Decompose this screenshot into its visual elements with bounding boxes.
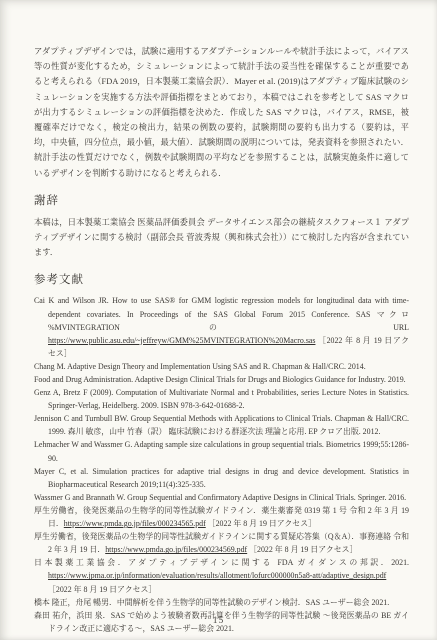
reference-item: Food and Drug Administration. Adaptive D… bbox=[34, 373, 409, 386]
reference-item: Mayer C, et al. Simulation practices for… bbox=[34, 465, 409, 491]
reference-list: Cai K and Wilson JR. How to use SAS® for… bbox=[34, 294, 409, 634]
page-content: アダプティブデザインでは，試験に適用するアダプテーションルールや統計手法によって… bbox=[34, 44, 409, 635]
reference-link[interactable]: https://www.pmda.go.jp/files/000234565.p… bbox=[64, 519, 206, 528]
references-heading: 参考文献 bbox=[34, 271, 409, 287]
reference-text: ［2022 年 8 月 19 日アクセス］ bbox=[247, 545, 357, 554]
reference-item: Cai K and Wilson JR. How to use SAS® for… bbox=[34, 294, 409, 359]
document-page: アダプティブデザインでは，試験に適用するアダプテーションルールや統計手法によって… bbox=[0, 0, 437, 640]
body-paragraph: アダプティブデザインでは，試験に適用するアダプテーションルールや統計手法によって… bbox=[34, 44, 409, 181]
reference-text: Cai K and Wilson JR. How to use SAS® for… bbox=[34, 296, 409, 331]
reference-link[interactable]: https://www.jpma.or.jp/information/evalu… bbox=[48, 571, 386, 580]
reference-text: Jennison C and Turnbull BW. Group Sequen… bbox=[34, 414, 409, 436]
reference-item: Lehmacher W and Wassmer G. Adapting samp… bbox=[34, 438, 409, 464]
reference-item: 厚生労働省，後発医薬品の生物学的同等性試験ガイドラインに関する質疑応答集（Q＆A… bbox=[34, 530, 409, 556]
acknowledgments-text: 本稿は，日本製薬工業協会 医薬品評価委員会 データサイエンス部会の継続タスクフォ… bbox=[34, 215, 409, 261]
reference-text: 日本製薬工業協会．アダプティブデザインに関する FDA ガイダンスの邦訳．202… bbox=[34, 558, 409, 567]
reference-item: 橋本 隆正，舟尾 暢男．中間解析を伴う生物学的同等性試験のデザイン検討．SAS … bbox=[34, 596, 409, 609]
reference-text: Genz A, Bretz F (2009). Computation of M… bbox=[34, 388, 409, 410]
reference-item: Jennison C and Turnbull BW. Group Sequen… bbox=[34, 412, 409, 438]
reference-text: ［2022 年 8 月 19 日アクセス］ bbox=[48, 585, 156, 594]
reference-text: Lehmacher W and Wassmer G. Adapting samp… bbox=[34, 440, 409, 462]
reference-item: 日本製薬工業協会．アダプティブデザインに関する FDA ガイダンスの邦訳．202… bbox=[34, 556, 409, 595]
reference-item: 厚生労働省，後発医薬品の生物学的同等性試験ガイドライン．薬生薬審発 0319 第… bbox=[34, 504, 409, 530]
reference-text: Chang M. Adaptive Design Theory and Impl… bbox=[34, 362, 366, 371]
reference-text: 橋本 隆正，舟尾 暢男．中間解析を伴う生物学的同等性試験のデザイン検討．SAS … bbox=[34, 598, 389, 607]
reference-text: Food and Drug Administration. Adaptive D… bbox=[34, 375, 406, 384]
page-number: 15 bbox=[0, 616, 437, 626]
reference-text: ［2022 年 8 月 19 日アクセス］ bbox=[206, 519, 316, 528]
reference-text: Mayer C, et al. Simulation practices for… bbox=[34, 467, 409, 489]
reference-item: Wassmer G and Brannath W. Group Sequenti… bbox=[34, 491, 409, 504]
reference-link[interactable]: https://www.public.asu.edu/~jeffreyw/GMM… bbox=[48, 336, 315, 345]
reference-text: Wassmer G and Brannath W. Group Sequenti… bbox=[34, 493, 406, 502]
acknowledgments-heading: 謝辞 bbox=[34, 192, 409, 208]
reference-link[interactable]: https://www.pmda.go.jp/files/000234569.p… bbox=[105, 545, 247, 554]
reference-item: Genz A, Bretz F (2009). Computation of M… bbox=[34, 386, 409, 412]
reference-item: Chang M. Adaptive Design Theory and Impl… bbox=[34, 360, 409, 373]
